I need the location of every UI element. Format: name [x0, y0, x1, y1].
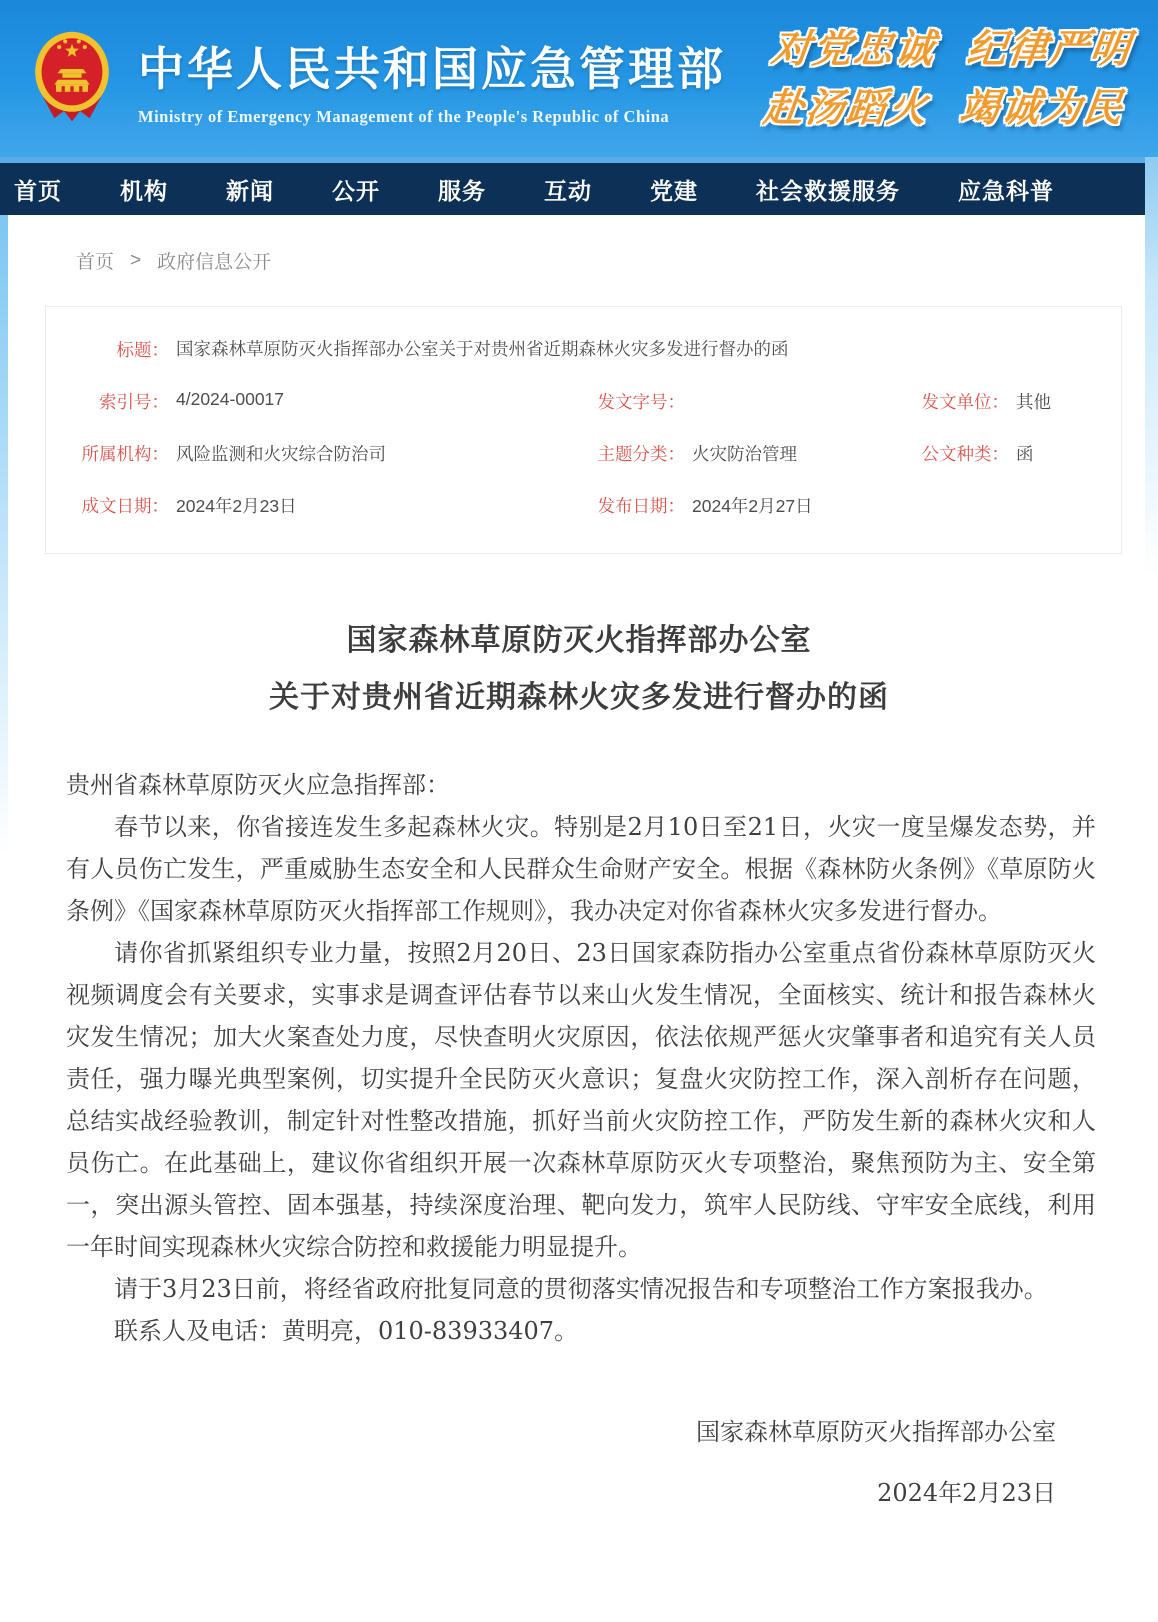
- meta-value-publish-date: 2024年2月27日: [685, 493, 813, 518]
- paragraph-1: 春节以来，你省接连发生多起森林火灾。特别是2月10日至21日，火灾一度呈爆发态势…: [66, 806, 1096, 932]
- meta-label-issuing-unit: 发文单位：: [913, 389, 1009, 414]
- meta-cell-doc-number: 发文字号：: [589, 389, 913, 414]
- document-title: 国家森林草原防灭火指挥部办公室 关于对贵州省近期森林火灾多发进行督办的函: [0, 612, 1158, 726]
- meta-label-publish-date: 发布日期：: [589, 493, 685, 518]
- meta-value-doc-type: 函: [1009, 441, 1034, 466]
- breadcrumb-home[interactable]: 首页: [76, 247, 114, 274]
- document-title-line-1: 国家森林草原防灭火指挥部办公室: [0, 612, 1158, 669]
- meta-row-1: 索引号： 4/2024-00017 发文字号： 发文单位： 其他: [46, 389, 1111, 414]
- breadcrumb-separator: >: [130, 250, 141, 272]
- meta-row-2: 所属机构： 风险监测和火灾综合防治司 主题分类： 火灾防治管理 公文种类： 函: [46, 441, 1111, 466]
- right-edge-decoration: [1145, 157, 1158, 577]
- left-edge-decoration: [0, 215, 8, 855]
- meta-cell-department: 所属机构： 风险监测和火灾综合防治司: [46, 441, 589, 466]
- nav-item-interaction[interactable]: 互动: [544, 173, 592, 206]
- salutation: 贵州省森林草原防灭火应急指挥部：: [66, 764, 1096, 806]
- nav-item-news[interactable]: 新闻: [226, 173, 274, 206]
- meta-value-title: 国家森林草原防灭火指挥部办公室关于对贵州省近期森林火灾多发进行督办的函: [169, 337, 789, 362]
- meta-label-title: 标题：: [46, 337, 169, 362]
- breadcrumb-current[interactable]: 政府信息公开: [157, 247, 271, 274]
- meta-cell-index-number: 索引号： 4/2024-00017: [46, 389, 589, 414]
- breadcrumb: 首页 > 政府信息公开: [0, 215, 1158, 302]
- meta-cell-empty: [913, 493, 1111, 518]
- nav-item-party-building[interactable]: 党建: [650, 173, 698, 206]
- header-slogan: 对党忠诚 纪律严明 赴汤蹈火 竭诚为民: [761, 20, 1135, 137]
- meta-label-topic-category: 主题分类：: [589, 441, 685, 466]
- document-title-line-2: 关于对贵州省近期森林火灾多发进行督办的函: [0, 669, 1158, 726]
- national-emblem-icon[interactable]: [24, 27, 120, 131]
- meta-row-title: 标题： 国家森林草原防灭火指挥部办公室关于对贵州省近期森林火灾多发进行督办的函: [46, 337, 1111, 362]
- meta-value-topic-category: 火灾防治管理: [685, 441, 797, 466]
- signature-date: 2024年2月23日: [66, 1463, 1056, 1524]
- meta-cell-written-date: 成文日期： 2024年2月23日: [46, 493, 589, 518]
- page: 中华人民共和国应急管理部 Ministry of Emergency Manag…: [0, 0, 1158, 1622]
- nav-item-disclosure[interactable]: 公开: [332, 173, 380, 206]
- nav-item-emergency-science[interactable]: 应急科普: [958, 173, 1054, 206]
- meta-value-department: 风险监测和火灾综合防治司: [169, 441, 386, 466]
- site-title-block: 中华人民共和国应急管理部 Ministry of Emergency Manag…: [138, 33, 726, 127]
- main-nav: 首页 机构 新闻 公开 服务 互动 党建 社会救援服务 应急科普: [0, 163, 1158, 215]
- paragraph-2: 请你省抓紧组织专业力量，按照2月20日、23日国家森防指办公室重点省份森林草原防…: [66, 932, 1096, 1268]
- meta-cell-doc-type: 公文种类： 函: [913, 441, 1111, 466]
- nav-item-social-rescue-services[interactable]: 社会救援服务: [756, 173, 900, 206]
- nav-item-services[interactable]: 服务: [438, 173, 486, 206]
- meta-cell-publish-date: 发布日期： 2024年2月27日: [589, 493, 913, 518]
- meta-label-doc-type: 公文种类：: [913, 441, 1009, 466]
- document-meta-card: 标题： 国家森林草原防灭火指挥部办公室关于对贵州省近期森林火灾多发进行督办的函 …: [45, 306, 1122, 554]
- paragraph-4-contact: 联系人及电话：黄明亮，010-83933407。: [66, 1310, 1096, 1352]
- signature-org: 国家森林草原防灭火指挥部办公室: [66, 1402, 1056, 1463]
- meta-label-index-number: 索引号：: [46, 389, 169, 414]
- slogan-line-1: 对党忠诚 纪律严明: [768, 20, 1135, 79]
- slogan-line-2: 赴汤蹈火 竭诚为民: [761, 79, 1128, 138]
- site-subtitle-english: Ministry of Emergency Management of the …: [138, 107, 726, 127]
- site-title[interactable]: 中华人民共和国应急管理部: [138, 33, 726, 99]
- meta-value-written-date: 2024年2月23日: [169, 493, 297, 518]
- meta-row-3: 成文日期： 2024年2月23日 发布日期： 2024年2月27日: [46, 493, 1111, 518]
- meta-label-written-date: 成文日期：: [46, 493, 169, 518]
- meta-label-department: 所属机构：: [46, 441, 169, 466]
- nav-item-home[interactable]: 首页: [14, 173, 62, 206]
- meta-value-index-number: 4/2024-00017: [169, 389, 284, 410]
- meta-cell-title: 标题： 国家森林草原防灭火指挥部办公室关于对贵州省近期森林火灾多发进行督办的函: [46, 337, 1111, 362]
- document-body: 贵州省森林草原防灭火应急指挥部： 春节以来，你省接连发生多起森林火灾。特别是2月…: [66, 764, 1096, 1524]
- nav-item-organization[interactable]: 机构: [120, 173, 168, 206]
- meta-value-issuing-unit: 其他: [1009, 389, 1051, 414]
- meta-cell-issuing-unit: 发文单位： 其他: [913, 389, 1111, 414]
- meta-label-doc-number: 发文字号：: [589, 389, 685, 414]
- site-header: 中华人民共和国应急管理部 Ministry of Emergency Manag…: [0, 0, 1158, 157]
- signature-block: 国家森林草原防灭火指挥部办公室 2024年2月23日: [66, 1402, 1056, 1524]
- paragraph-3: 请于3月23日前，将经省政府批复同意的贯彻落实情况报告和专项整治工作方案报我办。: [66, 1268, 1096, 1310]
- meta-cell-topic-category: 主题分类： 火灾防治管理: [589, 441, 913, 466]
